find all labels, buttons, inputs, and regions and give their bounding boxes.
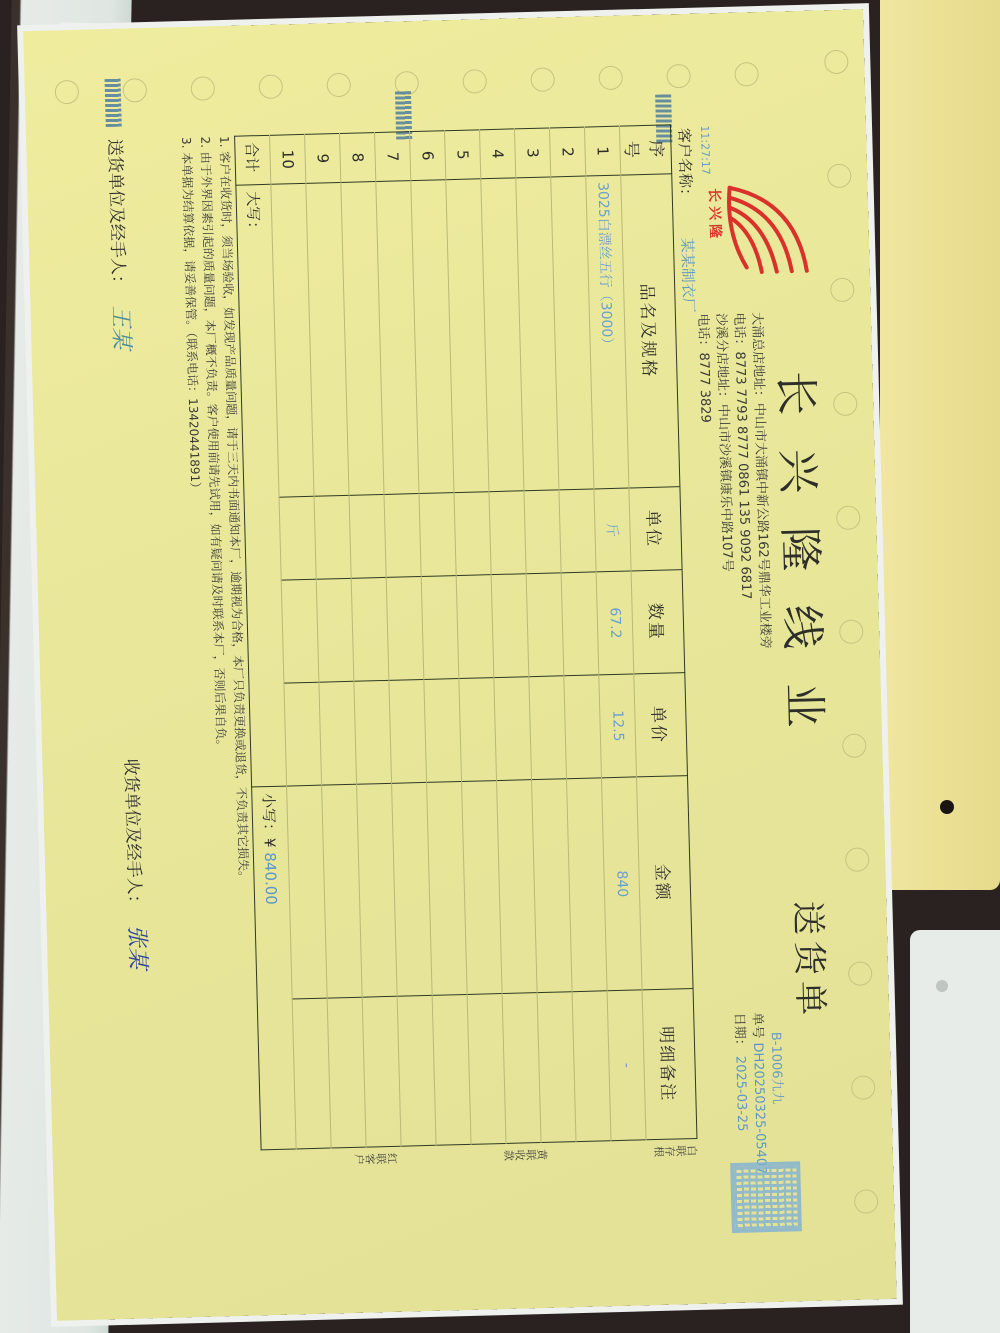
sender-handwritten-signature: 王某 xyxy=(107,305,133,350)
tractor-feed-holes xyxy=(55,60,835,100)
total-label: 合计 xyxy=(235,135,271,185)
document-date: 日期： 2025-03-25 xyxy=(731,1013,753,1132)
customer-label: 客户名称： xyxy=(675,128,695,203)
sender-signature: 送货单位及经手人： 王某 xyxy=(102,138,138,349)
signature-row: 送货单位及经手人： 王某 收货单位及经手人： 张某 xyxy=(133,138,162,1238)
logo-text: 长兴隆 xyxy=(705,188,726,243)
col-index: 序号 xyxy=(619,125,671,175)
total-words-label: 大写： xyxy=(244,191,263,236)
barcode-mark xyxy=(105,79,122,127)
serial-number: B-1006九九 xyxy=(768,1032,789,1105)
total-figures-label: 小写：¥ xyxy=(260,793,279,848)
col-qty: 数量 xyxy=(631,570,685,674)
punch-hole xyxy=(936,980,948,992)
document-number-label: 单号 xyxy=(749,1012,765,1038)
date-label: 日期： xyxy=(731,1013,747,1052)
col-price: 单价 xyxy=(634,673,688,777)
items-table: 序号 品名及规格 单位 数量 单价 金额 明细备注 1 3025白漂丝五行（30… xyxy=(234,124,697,1150)
form-header: 长兴隆 长兴隆线业 送货单 大涌总店地址：中山市大涌镇中新公路162号鼎华工业楼… xyxy=(693,110,863,1243)
copy-label-yellow: 黄联收款 xyxy=(398,1148,548,1163)
address-line: 电话：8777 3829 xyxy=(695,313,717,423)
sender-label: 送货单位及经手人： xyxy=(104,139,128,292)
receiver-label: 收货单位及经手人： xyxy=(120,758,144,911)
document-type-title: 送货单 xyxy=(786,900,838,1021)
col-name: 品名及规格 xyxy=(621,174,680,488)
background-receipt-stack xyxy=(910,930,1000,1333)
company-logo-icon xyxy=(714,170,827,283)
background-paper-stack-right xyxy=(880,0,1000,890)
copy-label-white: 白联存根 xyxy=(548,1144,698,1159)
document-number-value: DH20250325-05407 xyxy=(750,1042,768,1174)
customer-code: 11:27:17 xyxy=(698,125,712,175)
col-amount: 金额 xyxy=(636,776,693,990)
customer-value: 某某制衣厂 xyxy=(678,237,698,312)
company-name: 长兴隆线业 xyxy=(767,370,841,762)
receiver-handwritten-signature: 张某 xyxy=(124,925,150,970)
receiver-signature: 收货单位及经手人： 张某 xyxy=(118,758,154,969)
total-figures-value: 840.00 xyxy=(261,852,280,905)
punch-hole xyxy=(940,800,954,814)
copy-label-red: 红联客户 xyxy=(248,1152,398,1167)
copy-labels: 白联存根 黄联收款 红联客户 xyxy=(248,1144,699,1186)
col-note: 明细备注 xyxy=(642,989,697,1140)
qr-code-icon xyxy=(730,1161,802,1233)
col-unit: 单位 xyxy=(629,487,682,571)
date-value: 2025-03-25 xyxy=(732,1056,749,1132)
delivery-note-form: 长兴隆 长兴隆线业 送货单 大涌总店地址：中山市大涌镇中新公路162号鼎华工业楼… xyxy=(63,110,862,1260)
delivery-note-sheet: 长兴隆 长兴隆线业 送货单 大涌总店地址：中山市大涌镇中新公路162号鼎华工业楼… xyxy=(23,9,896,1321)
